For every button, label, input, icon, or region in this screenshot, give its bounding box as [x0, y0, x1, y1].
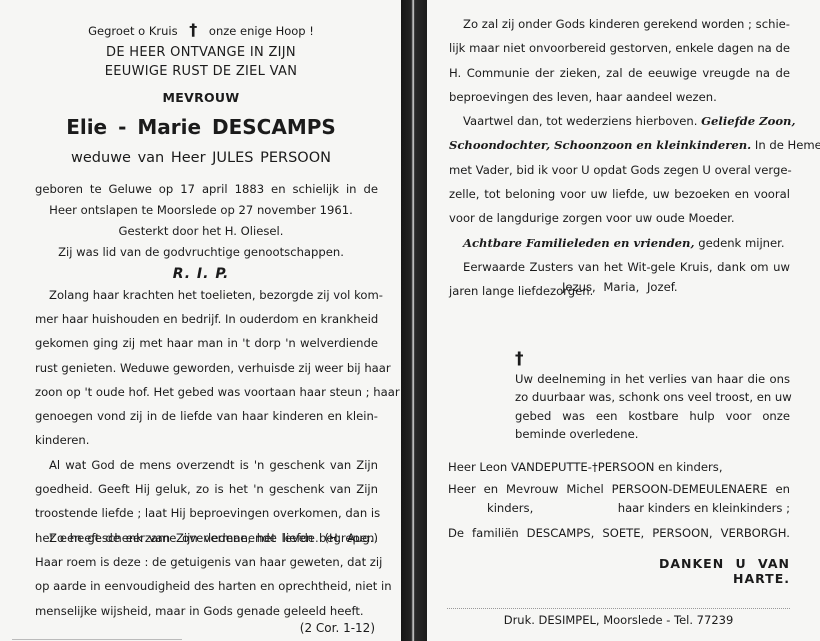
- family-line-3-right: haar kinders en kleinkinders ;: [618, 501, 790, 515]
- text-line: menselijke wijsheid, maar in Gods genade…: [35, 599, 378, 623]
- text-line: zoon op 't oude hof. Het gebed was voort…: [35, 380, 378, 404]
- right-paragraph-1: Zo zal zij onder Gods kinderen gerekend …: [449, 12, 790, 109]
- farewell-plain-2: In de Hemel,: [755, 138, 820, 152]
- farewell-italic: Geliefde Zoon,: [701, 114, 795, 128]
- greeting-after: onze enige Hoop !: [209, 24, 314, 38]
- thanks-line: DANKEN U VAN HARTE.: [600, 556, 790, 586]
- deceased-name: Elie - Marie DESCAMPS: [0, 115, 402, 139]
- condolence-paragraph: Uw deelneming in het verlies van haar di…: [515, 370, 790, 444]
- rip-heading: R. I. P.: [0, 266, 402, 282]
- farewell-paragraph: Vaartwel dan, tot wederziens hierboven. …: [449, 109, 790, 230]
- text-line: rust genieten. Weduwe geworden, verhuisd…: [35, 356, 378, 380]
- text-line: Schoondochter, Schoonzoon en kleinkinder…: [449, 133, 790, 157]
- text-line: op aarde in eenvoudigheid des harten en …: [35, 574, 378, 598]
- cross-icon: †: [515, 349, 524, 369]
- text-line: Zo zal zij onder Gods kinderen gerekend …: [449, 12, 790, 36]
- text-line: troostende liefde ; laat Hij beproevinge…: [35, 501, 378, 525]
- widow-of: weduwe van Heer JULES PERSOON: [0, 150, 402, 166]
- text-line: Uw deelneming in het verlies van haar di…: [515, 370, 790, 388]
- text-line: Eerwaarde Zusters van het Wit-gele Kruis…: [449, 255, 790, 279]
- text-line: Vaartwel dan, tot wederziens hierboven. …: [449, 109, 790, 133]
- text-line: genoegen vond zij in de liefde van haar …: [35, 404, 378, 428]
- family-line-1: Heer Leon VANDEPUTTE-†PERSOON en kinders…: [448, 460, 723, 474]
- text-line: kinderen.: [35, 428, 378, 452]
- text-line: Zolang haar krachten het toelieten, bezo…: [35, 283, 378, 307]
- title-mevrouw: MEVROUW: [0, 90, 402, 105]
- bible-citation: (2 Cor. 1-12): [300, 621, 375, 635]
- relatives-italic: Achtbare Familieleden en vrienden,: [463, 236, 695, 250]
- relatives-plain: gedenk mijner.: [698, 236, 784, 250]
- text-line: Zo heeft de eerzame overledene, het leve…: [35, 526, 378, 550]
- birth-line-1: geboren te Geluwe op 17 april 1883 en sc…: [35, 182, 378, 196]
- member-line: Zij was lid van de godvruchtige genootsc…: [0, 245, 402, 259]
- family-line-2: Heer en Mevrouw Michel PERSOON-DEMEULENA…: [448, 482, 790, 496]
- mourning-border-divider: [401, 0, 427, 641]
- printer-line: Druk. DESIMPEL, Moorslede - Tel. 77239: [447, 613, 790, 627]
- text-line: voor de langdurige zorgen voor uw oude M…: [449, 206, 790, 230]
- left-paragraph-1: Zolang haar krachten het toelieten, bezo…: [35, 283, 378, 452]
- heading-line-1: DE HEER ONTVANGE IN ZIJN: [0, 45, 402, 60]
- text-line: Al wat God de mens overzendt is 'n gesch…: [35, 453, 378, 477]
- text-line: goedheid. Geeft Hij geluk, zo is het 'n …: [35, 477, 378, 501]
- strengthened-line: Gesterkt door het H. Oliesel.: [0, 224, 402, 238]
- cross-icon: †: [189, 20, 197, 39]
- printer-separator: [447, 608, 790, 609]
- text-line: beminde overledene.: [515, 425, 790, 443]
- text-line: gekomen ging zij met haar man in 't dorp…: [35, 331, 378, 355]
- heading-line-2: EEUWIGE RUST DE ZIEL VAN: [0, 64, 402, 79]
- greeting-before: Gegroet o Kruis: [88, 24, 177, 38]
- text-line: zelle, tot beloning voor uw liefde, uw b…: [449, 182, 790, 206]
- text-line: zo duurbaar was, schonk ons veel troost,…: [515, 388, 790, 406]
- text-line: gebed was een kostbare hulp voor onze: [515, 407, 790, 425]
- relatives-line: Achtbare Familieleden en vrienden, geden…: [463, 236, 785, 250]
- scan-edge-mark: [12, 639, 182, 640]
- text-line: Haar roem is deze : de getuigenis van ha…: [35, 550, 378, 574]
- text-line: lijk maar niet onvoorbereid gestorven, e…: [449, 36, 790, 60]
- farewell-italic-2: Schoondochter, Schoonzoon en kleinkinder…: [449, 138, 751, 152]
- text-line: H. Communie der zieken, zal de eeuwige v…: [449, 61, 790, 85]
- greeting-line: Gegroet o Kruis † onze enige Hoop !: [0, 20, 402, 39]
- left-paragraph-3: Zo heeft de eerzame overledene, het leve…: [35, 526, 378, 623]
- text-line: met Vader, bid ik voor U opdat Gods zege…: [449, 158, 790, 182]
- text-line: mer haar huishouden en bedrijf. In ouder…: [35, 307, 378, 331]
- farewell-plain: Vaartwel dan, tot wederziens hierboven.: [463, 114, 697, 128]
- family-line-3-left: kinders,: [487, 501, 533, 515]
- birth-line-2: Heer ontslapen te Moorslede op 27 novemb…: [0, 203, 402, 217]
- family-line-4: De familiën DESCAMPS, SOETE, PERSOON, VE…: [448, 526, 790, 540]
- prayer-line: Jezus, Maria, Jozef.: [562, 280, 678, 294]
- text-line: beproevingen des leven, haar aandeel wez…: [449, 85, 790, 109]
